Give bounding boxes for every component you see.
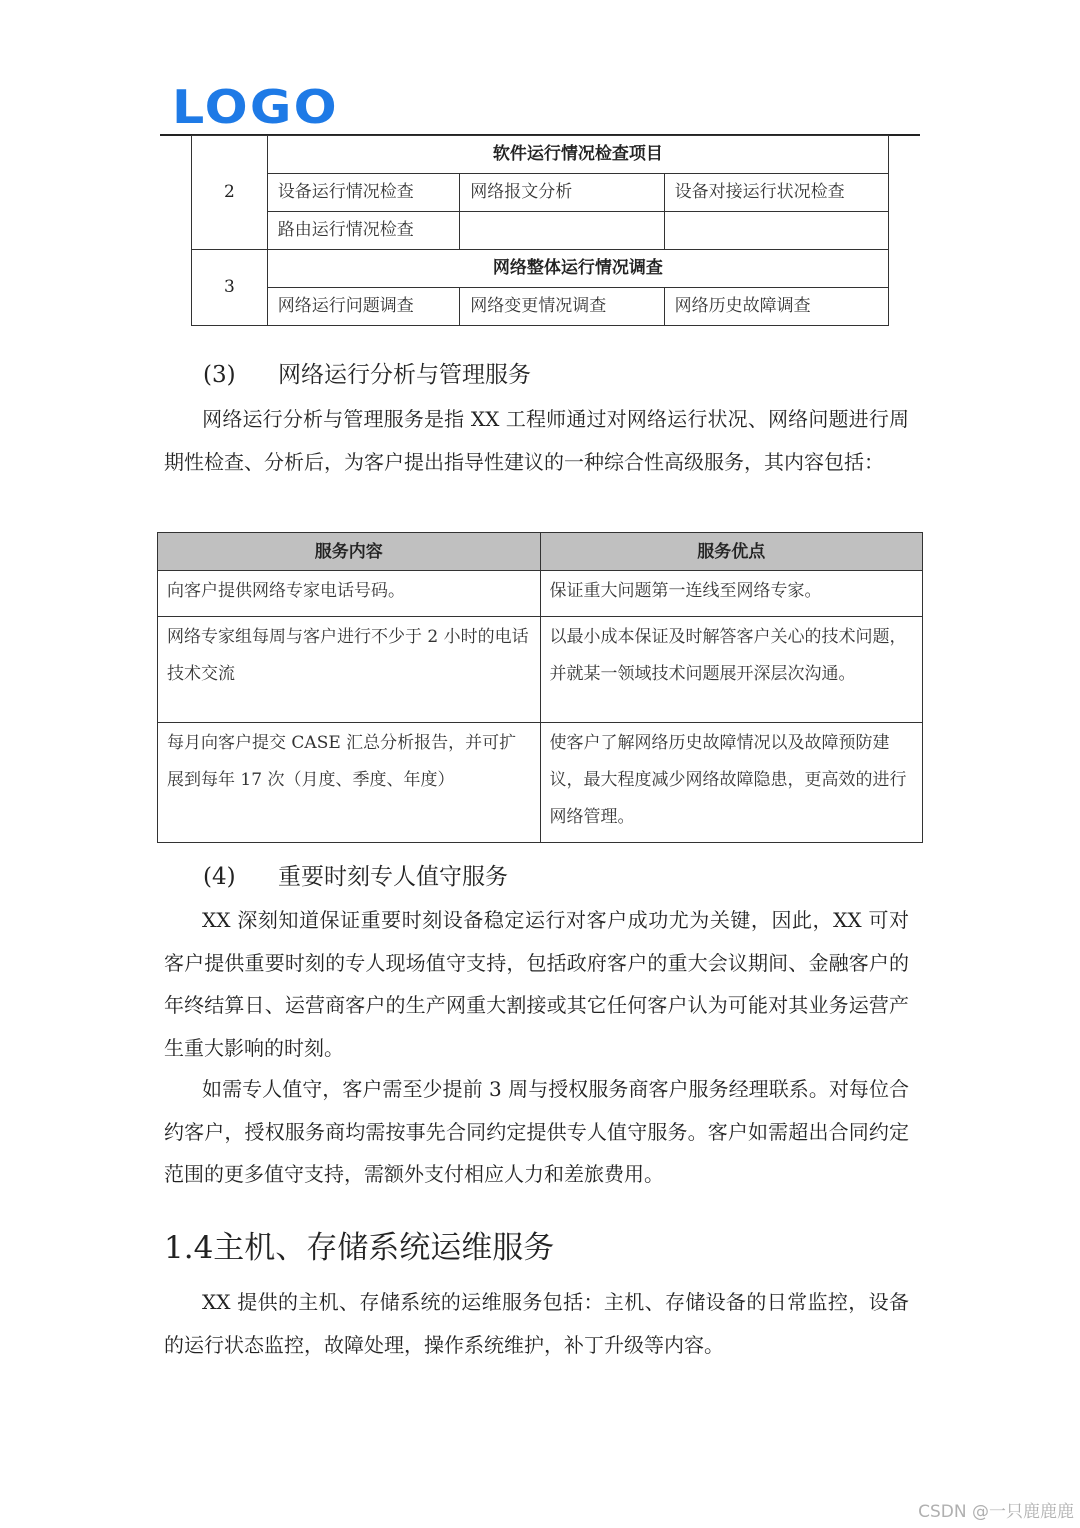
table-cell: 保证重大问题第一连线至网络专家。 — [540, 571, 923, 617]
watermark: CSDN @一只鹿鹿鹿 — [918, 1497, 1074, 1522]
table-cell — [460, 212, 664, 250]
table-cell: 每月向客户提交 CASE 汇总分析报告，并可扩展到每年 17 次（月度、季度、年… — [158, 723, 541, 843]
table-row: 3 网络整体运行情况调查 — [192, 250, 889, 288]
table-cell: 网络专家组每周与客户进行不少于 2 小时的电话技术交流 — [158, 617, 541, 723]
column-header: 服务优点 — [540, 533, 923, 571]
service-table: 服务内容 服务优点 向客户提供网络专家电话号码。 保证重大问题第一连线至网络专家… — [157, 532, 923, 843]
row-number: 2 — [192, 136, 268, 250]
table-header-row: 服务内容 服务优点 — [158, 533, 923, 571]
table-row: 网络专家组每周与客户进行不少于 2 小时的电话技术交流 以最小成本保证及时解答客… — [158, 617, 923, 723]
table-cell: 网络变更情况调查 — [460, 288, 664, 326]
chapter-paragraph: XX 提供的主机、存储系统的运维服务包括：主机、存储设备的日常监控，设备的运行状… — [164, 1281, 909, 1366]
table-row: 每月向客户提交 CASE 汇总分析报告，并可扩展到每年 17 次（月度、季度、年… — [158, 723, 923, 843]
table-row: 网络运行问题调查 网络变更情况调查 网络历史故障调查 — [192, 288, 889, 326]
table-cell: 网络历史故障调查 — [664, 288, 888, 326]
section-3-heading: (3)网络运行分析与管理服务 — [203, 356, 531, 389]
table-cell: 网络运行问题调查 — [267, 288, 459, 326]
section-number: (3) — [203, 362, 278, 388]
section-4-paragraph-1: XX 深刻知道保证重要时刻设备稳定运行对客户成功尤为关键，因此，XX 可对客户提… — [164, 899, 909, 1069]
section-title: 重要时刻专人值守服务 — [278, 864, 508, 890]
column-header: 服务内容 — [158, 533, 541, 571]
row-number: 3 — [192, 250, 268, 326]
table-cell — [664, 212, 888, 250]
section-4-heading: (4)重要时刻专人值守服务 — [203, 858, 508, 891]
table-section-title: 网络整体运行情况调查 — [267, 250, 888, 288]
table-cell: 设备对接运行状况检查 — [664, 174, 888, 212]
table-row: 设备运行情况检查 网络报文分析 设备对接运行状况检查 — [192, 174, 889, 212]
table-cell: 设备运行情况检查 — [267, 174, 459, 212]
table-row: 路由运行情况检查 — [192, 212, 889, 250]
table-section-title: 软件运行情况检查项目 — [267, 136, 888, 174]
section-title: 网络运行分析与管理服务 — [278, 362, 531, 388]
table-row: 2 软件运行情况检查项目 — [192, 136, 889, 174]
table-cell: 向客户提供网络专家电话号码。 — [158, 571, 541, 617]
table-cell: 使客户了解网络历史故障情况以及故障预防建议，最大程度减少网络故障隐患，更高效的进… — [540, 723, 923, 843]
section-3-paragraph: 网络运行分析与管理服务是指 XX 工程师通过对网络运行状况、网络问题进行周期性检… — [164, 398, 909, 483]
table-cell: 路由运行情况检查 — [267, 212, 459, 250]
chapter-heading: 1.4主机、存储系统运维服务 — [164, 1222, 554, 1267]
section-4-paragraph-2: 如需专人值守，客户需至少提前 3 周与授权服务商客户服务经理联系。对每位合约客户… — [164, 1068, 909, 1196]
table-cell: 以最小成本保证及时解答客户关心的技术问题，并就某一领域技术问题展开深层次沟通。 — [540, 617, 923, 723]
logo: LOGO — [172, 86, 339, 128]
inspection-items-table: 2 软件运行情况检查项目 设备运行情况检查 网络报文分析 设备对接运行状况检查 … — [191, 135, 889, 326]
table-cell: 网络报文分析 — [460, 174, 664, 212]
table-row: 向客户提供网络专家电话号码。 保证重大问题第一连线至网络专家。 — [158, 571, 923, 617]
section-number: (4) — [203, 864, 278, 890]
